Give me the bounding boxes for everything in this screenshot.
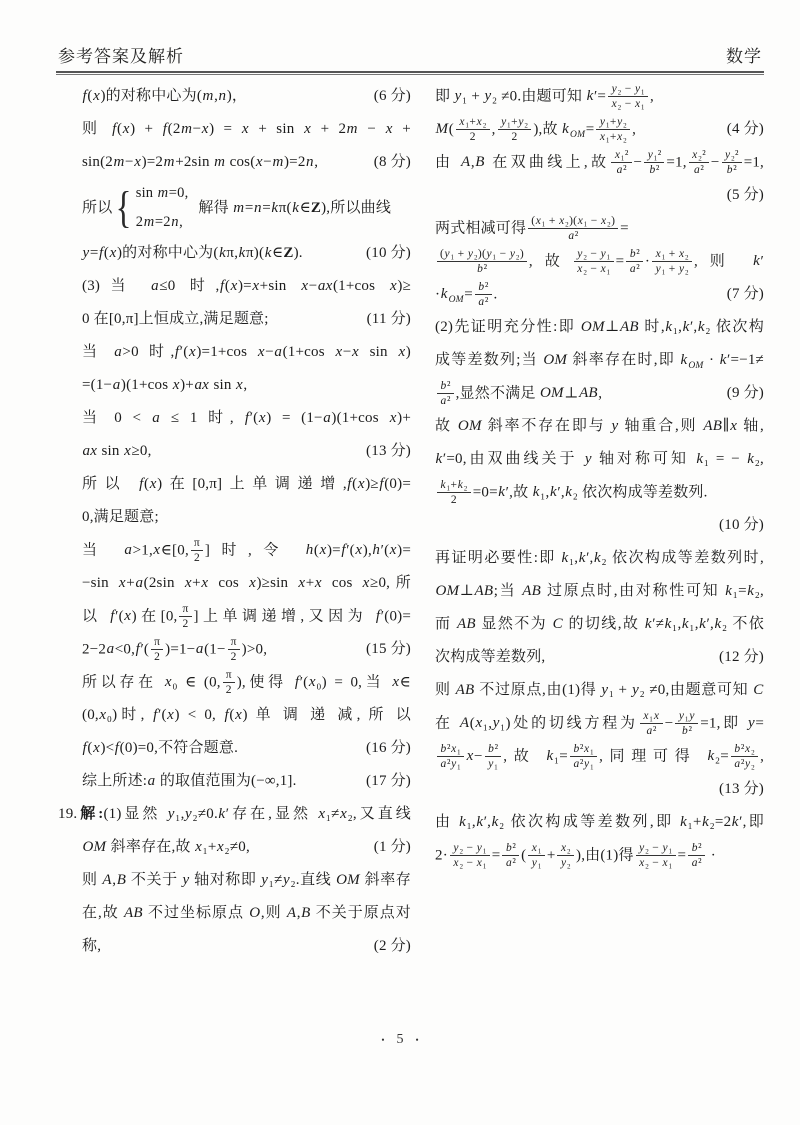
system-brace: { xyxy=(116,188,132,228)
text-line: (10 分) xyxy=(435,509,764,542)
footer-right-dot: • xyxy=(416,1035,419,1045)
text-line: M(x₁+x₂2,y₁+y₂2),故 kOM=y₁+y₂x₁+x₂,(4 分) xyxy=(435,113,764,146)
page-number: 5 xyxy=(397,1032,404,1048)
fraction: x₁xa² xyxy=(640,709,663,739)
text-line: 当 a>0 时,f′(x)=1+cos x−a(1+cos x−x sin x) xyxy=(82,336,411,369)
text-line: 19.解:(1)显然 y₁,y₂≠0.k′存在,显然 x₁≠x₂,又直线 xyxy=(58,798,411,831)
text-line: b²a²,显然不满足 OM⊥AB,(9 分) xyxy=(435,377,764,410)
text-line: 由 k₁,k′,k₂ 依次构成等差数列,即 k₁+k₂=2k′,即 xyxy=(435,806,764,839)
fraction: b²a² xyxy=(502,841,519,871)
fraction: b²x₂a²y₂ xyxy=(731,742,758,772)
text-line: (3)当 a≤0 时,f(x)=x+sin x−ax(1+cos x)≥ xyxy=(82,270,411,303)
score-label: (17 分) xyxy=(356,771,411,791)
text-line: 由 A,B 在双曲线上,故x₁²a²−y₁²b²=1,x₂²a²−y₂²b²=1… xyxy=(435,146,764,179)
text-line: f(x)的对称中心为(m,n)，(6 分) xyxy=(82,80,411,113)
header-right-title: 数学 xyxy=(726,42,762,67)
text-line: 则 f(x) + f(2m−x) = x + sin x + 2m − x + xyxy=(82,113,411,146)
text-line: (y₁ + y₂)(y₁ − y₂)b²,故y₂ − y₁x₂ − x₁=b²a… xyxy=(435,245,764,278)
score-label: (4 分) xyxy=(717,119,764,139)
text-line: f(x)<f(0)=0,不符合题意.(16 分) xyxy=(82,732,411,765)
score-label: (6 分) xyxy=(364,86,411,106)
fraction: x₂y₂ xyxy=(557,841,574,871)
text-line: 两式相减可得(x₁ + x₂)(x₁ − x₂)a²= xyxy=(435,212,764,245)
text-line: 即 y₁ + y₂ ≠0.由题可知 k′=y₂ − y₁x₂ − x₁, xyxy=(435,80,764,113)
fraction: y₂ − y₁x₂ − x₁ xyxy=(636,841,676,871)
text-line: 所以 f(x)在[0,π]上单调递增,f(x)≥f(0)= xyxy=(82,468,411,501)
score-label: (9 分) xyxy=(717,383,764,403)
page-footer: • 5 • xyxy=(0,1032,800,1048)
text-line: (5 分) xyxy=(435,179,764,212)
fraction: π2 xyxy=(191,536,203,566)
fraction: b²x₁a²y₁ xyxy=(570,742,597,772)
fraction: b²a² xyxy=(626,247,643,277)
footer-left-dot: • xyxy=(381,1035,384,1045)
fraction: π2 xyxy=(228,635,240,665)
fraction: x₁+x₂2 xyxy=(456,115,490,145)
text-line: 综上所述:a 的取值范围为(−∞,1].(17 分) xyxy=(82,765,411,798)
fraction: x₂²a² xyxy=(689,148,709,178)
score-label: (7 分) xyxy=(717,284,764,304)
text-line: (0,x₀)时, f′(x) < 0, f(x) 单 调 递 减, 所 以 xyxy=(82,699,411,732)
text-line: (2)先证明充分性:即 OM⊥AB 时,k₁,k′,k₂ 依次构 xyxy=(435,311,764,344)
score-label: (1 分) xyxy=(364,837,411,857)
text-line: −sin x+a(2sin x+x cos x)≥sin x+x cos x≥0… xyxy=(82,567,411,600)
fraction: b²a² xyxy=(688,841,705,871)
fraction: b²x₁a²y₁ xyxy=(437,742,464,772)
fraction: y₁²b² xyxy=(644,148,664,178)
fraction: y₂ − y₁x₂ − x₁ xyxy=(574,247,614,277)
text-line: 0,满足题意; xyxy=(82,501,411,534)
fraction: b²a² xyxy=(475,280,492,310)
text-line: y=f(x)的对称中心为(kπ,kπ)(k∈Z).(10 分) xyxy=(82,237,411,270)
answer-sheet-page: 参考答案及解析 数学 f(x)的对称中心为(m,n)，(6 分)则 f(x) +… xyxy=(0,0,800,1125)
text-line: ·kOM=b²a².(7 分) xyxy=(435,278,764,311)
fraction: b²y₁ xyxy=(485,742,502,772)
score-label: (2 分) xyxy=(364,936,411,956)
text-line: 以 f′(x)在[0,π2]上单调递增,又因为 f′(0)= xyxy=(82,600,411,633)
text-line: OM 斜率存在,故 x₁+x₂≠0,(1 分) xyxy=(82,831,411,864)
fraction: π2 xyxy=(223,668,235,698)
header-left-title: 参考答案及解析 xyxy=(58,42,184,67)
header-divider xyxy=(56,71,764,75)
text-line: k₁+k₂2=0=k′,故 k₁,k′,k₂ 依次构成等差数列. xyxy=(435,476,764,509)
text-line: ax sin x≥0,(13 分) xyxy=(82,435,411,468)
fraction: y₁+y₂x₁+x₂ xyxy=(596,115,630,145)
fraction: y₁yb² xyxy=(675,709,698,739)
fraction: (x₁ + x₂)(x₁ − x₂)a² xyxy=(528,214,618,244)
fraction: x₁²a² xyxy=(611,148,631,178)
right-column: 即 y₁ + y₂ ≠0.由题可知 k′=y₂ − y₁x₂ − x₁,M(x₁… xyxy=(435,80,764,1055)
score-label: (16 分) xyxy=(356,738,411,758)
score-label: (13 分) xyxy=(356,441,411,461)
text-line: 故 OM 斜率不存在即与 y 轴重合,则 AB∥x 轴, xyxy=(435,410,764,443)
two-column-body: f(x)的对称中心为(m,n)，(6 分)则 f(x) + f(2m−x) = … xyxy=(58,80,764,1055)
text-line: =(1−a)(1+cos x)+ax sin x, xyxy=(82,369,411,402)
fraction: π2 xyxy=(179,602,191,632)
fraction: b²a² xyxy=(437,379,454,409)
score-label: (10 分) xyxy=(709,515,764,535)
text-line: 次构成等差数列,(12 分) xyxy=(435,641,764,674)
score-label: (5 分) xyxy=(717,185,764,205)
fraction: y₂ − y₁x₂ − x₁ xyxy=(450,841,490,871)
score-label: (11 分) xyxy=(357,309,411,329)
text-line: OM⊥AB;当 AB 过原点时,由对称性可知 k₁=k₂, xyxy=(435,575,764,608)
text-line: 2−2a<0,f′(π2)=1−a(1−π2)>0,(15 分) xyxy=(82,633,411,666)
text-line: 则 AB 不过原点,由(1)得 y₁ + y₂ ≠0,由题意可知 C xyxy=(435,674,764,707)
text-line: 则 A,B 不关于 y 轴对称即 y₁≠y₂.直线 OM 斜率存 xyxy=(82,864,411,897)
text-line: 所以{sin m=0,2m=2n,解得 m=n=kπ(k∈Z),所以曲线 xyxy=(82,179,411,237)
text-line: 在 A(x₁,y₁)处的切线方程为x₁xa²−y₁yb²=1,即 y= xyxy=(435,707,764,740)
score-label: (13 分) xyxy=(709,779,764,799)
fraction: x₁y₁ xyxy=(528,841,545,871)
text-line: 当 0 < a ≤ 1 时, f′(x) = (1−a)(1+cos x)+ xyxy=(82,402,411,435)
fraction: k₁+k₂2 xyxy=(437,478,471,508)
text-line: 再证明必要性:即 k₁,k′,k₂ 依次构成等差数列时, xyxy=(435,542,764,575)
score-label: (15 分) xyxy=(356,639,411,659)
text-line: 而 AB 显然不为 C 的切线,故 k′≠k₁,k₁,k′,k₂ 不依 xyxy=(435,608,764,641)
text-line: (13 分) xyxy=(435,773,764,806)
fraction: (y₁ + y₂)(y₁ − y₂)b² xyxy=(437,247,527,277)
text-line: 0 在[0,π]上恒成立,满足题意;(11 分) xyxy=(82,303,411,336)
score-label: (8 分) xyxy=(364,152,411,172)
text-line: sin(2m−x)=2m+2sin m cos(x−m)=2n,(8 分) xyxy=(82,146,411,179)
fraction: x₁ + x₂y₁ + y₂ xyxy=(652,247,692,277)
score-label: (12 分) xyxy=(709,647,764,667)
text-line: 称,(2 分) xyxy=(82,930,411,963)
fraction: π2 xyxy=(151,635,163,665)
text-line: k′=0,由双曲线关于 y 轴对称可知 k₁ = − k₂, xyxy=(435,443,764,476)
fraction: y₂ − y₁x₂ − x₁ xyxy=(608,82,648,112)
text-line: 成等差数列;当 OM 斜率存在时,即 kOM · k′=−1≠ xyxy=(435,344,764,377)
text-line: b²x₁a²y₁x−b²y₁,故 k₁=b²x₁a²y₁,同理可得 k₂=b²x… xyxy=(435,740,764,773)
fraction: y₁+y₂2 xyxy=(498,115,532,145)
text-line: 当 a>1,x∈[0,π2]时,令 h(x)=f′(x),h′(x)= xyxy=(82,534,411,567)
score-label: (10 分) xyxy=(356,243,411,263)
page-header: 参考答案及解析 数学 xyxy=(58,42,762,67)
fraction: y₂²b² xyxy=(722,148,742,178)
text-line: 2·y₂ − y₁x₂ − x₁=b²a²(x₁y₁+x₂y₂),由(1)得y₂… xyxy=(435,839,764,872)
text-line: 在,故 AB 不过坐标原点 O,则 A,B 不关于原点对 xyxy=(82,897,411,930)
left-column: f(x)的对称中心为(m,n)，(6 分)则 f(x) + f(2m−x) = … xyxy=(58,80,411,1055)
text-line: 所以存在 x₀ ∈ (0,π2),使得 f′(x₀) = 0,当 x∈ xyxy=(82,666,411,699)
